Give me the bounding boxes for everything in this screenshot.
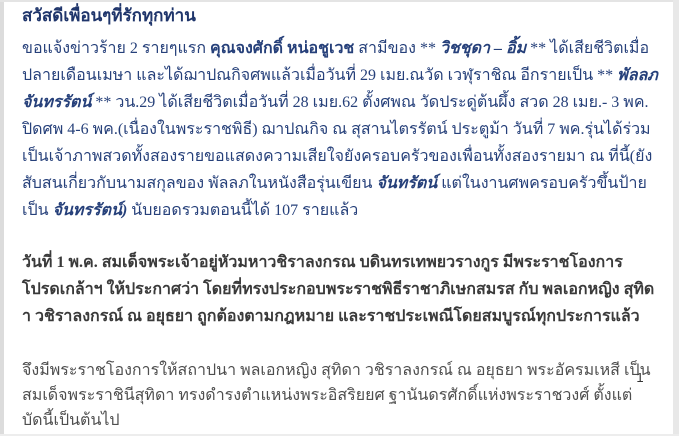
text-run: นับยอดรวมตอนนี้ได้ 107 รายแล้ว <box>127 202 358 219</box>
document-body: สวัสดีเพื่อนๆที่รักทุกท่าน ขอแจ้งข่าวร้า… <box>22 3 658 433</box>
page-edge-top <box>0 0 679 2</box>
page-edge-left <box>0 0 4 436</box>
paragraph-royal-proclamation: จึงมีพระราชโองการให้สถาปนา พลเอกหญิง สุท… <box>22 358 658 433</box>
paragraph-royal-wedding-announcement: วันที่ 1 พ.ค. สมเด็จพระเจ้าอยู่หัวมหาวชิ… <box>22 249 658 330</box>
greeting-heading: สวัสดีเพื่อนๆที่รักทุกท่าน <box>22 3 658 29</box>
document-page: สวัสดีเพื่อนๆที่รักทุกท่าน ขอแจ้งข่าวร้า… <box>0 0 679 436</box>
text-run: ขอแจ้งข่าวร้าย 2 รายๆแรก <box>22 40 210 57</box>
text-run: สามีของ ** <box>354 40 440 57</box>
text-run: วันที่ 1 พ.ค. สมเด็จพระเจ้าอยู่หัวมหาวชิ… <box>22 254 654 325</box>
text-run: จึงมีพระราชโองการให้สถาปนา พลเอกหญิง สุท… <box>22 362 651 429</box>
text-run: จันทรรัตน์) <box>53 202 128 219</box>
paragraph-obituary-news: ขอแจ้งข่าวร้าย 2 รายๆแรก คุณจงศักดิ์ หน่… <box>22 35 658 224</box>
text-run: จันทรัตน์ <box>376 175 437 192</box>
page-edge-right <box>673 0 679 436</box>
text-run: คุณจงศักดิ์ หน่อชูเวช <box>210 40 354 57</box>
text-run: วิชชุดา – อิ้ม <box>440 40 526 57</box>
page-number: 1 <box>630 370 650 385</box>
